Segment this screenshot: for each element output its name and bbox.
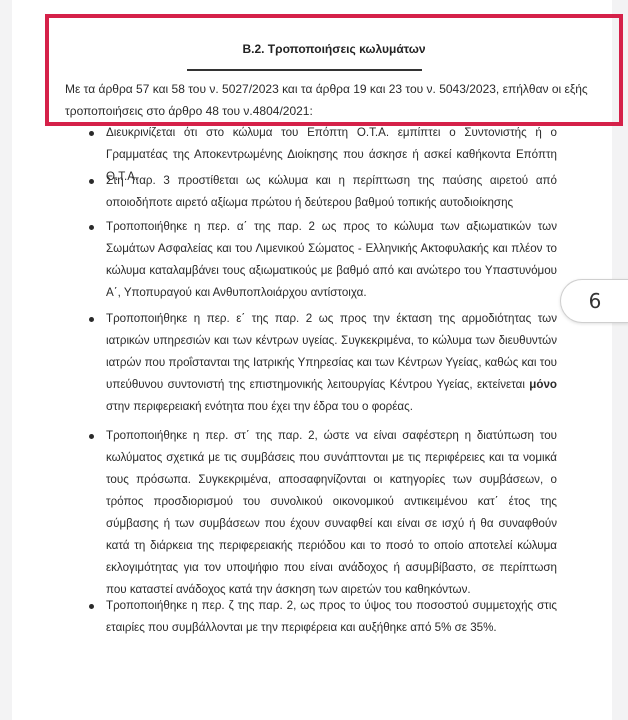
bullet-icon — [89, 317, 94, 322]
bullet-icon — [89, 604, 94, 609]
bullet-icon — [89, 225, 94, 230]
bullet-icon — [89, 179, 94, 184]
list-item: Στη παρ. 3 προστίθεται ως κώλυμα και η π… — [12, 170, 612, 214]
highlighted-section-box: Β.2. Τροποποιήσεις κωλυμάτων Με τα άρθρα… — [45, 14, 623, 126]
bullet-icon — [89, 131, 94, 136]
list-item-text: Στη παρ. 3 προστίθεται ως κώλυμα και η π… — [106, 174, 557, 209]
title-underline-divider — [187, 69, 422, 71]
list-item: Τροποποιήθηκε η περ. α΄ της παρ. 2 ως πρ… — [12, 216, 612, 304]
list-item-text-part-1: Τροποποιήθηκε η περ. ε΄ της παρ. 2 ως πρ… — [106, 312, 557, 391]
list-item-text-part-2: στην περιφερειακή ενότητα που έχει την έ… — [106, 400, 413, 413]
bullet-icon — [89, 434, 94, 439]
list-item-emphasis: μόνο — [529, 378, 557, 391]
section-title: Β.2. Τροποποιήσεις κωλυμάτων — [49, 42, 619, 56]
list-item-text: Τροποποιήθηκε η περ. α΄ της παρ. 2 ως πρ… — [106, 220, 557, 299]
intro-line-1: Με τα άρθρα 57 και 58 του ν. 5027/2023 κ… — [65, 82, 588, 96]
document-page: Β.2. Τροποποιήσεις κωλυμάτων Με τα άρθρα… — [12, 0, 612, 720]
intro-line-2: τροποποιήσεις στο άρθρο 48 του ν.4804/20… — [65, 104, 313, 118]
list-item-text: Τροποποιήθηκε η περ. ζ της παρ. 2, ως πρ… — [106, 599, 557, 634]
list-item: Τροποποιήθηκε η περ. στ΄ της παρ. 2, ώστ… — [12, 425, 612, 601]
section-intro-paragraph: Με τα άρθρα 57 και 58 του ν. 5027/2023 κ… — [65, 78, 605, 122]
list-item: Τροποποιήθηκε η περ. ε΄ της παρ. 2 ως πρ… — [12, 308, 612, 418]
page-number-indicator[interactable]: 6 — [560, 279, 628, 323]
list-item: Τροποποιήθηκε η περ. ζ της παρ. 2, ως πρ… — [12, 595, 612, 639]
list-item-text: Τροποποιήθηκε η περ. στ΄ της παρ. 2, ώστ… — [106, 429, 557, 596]
